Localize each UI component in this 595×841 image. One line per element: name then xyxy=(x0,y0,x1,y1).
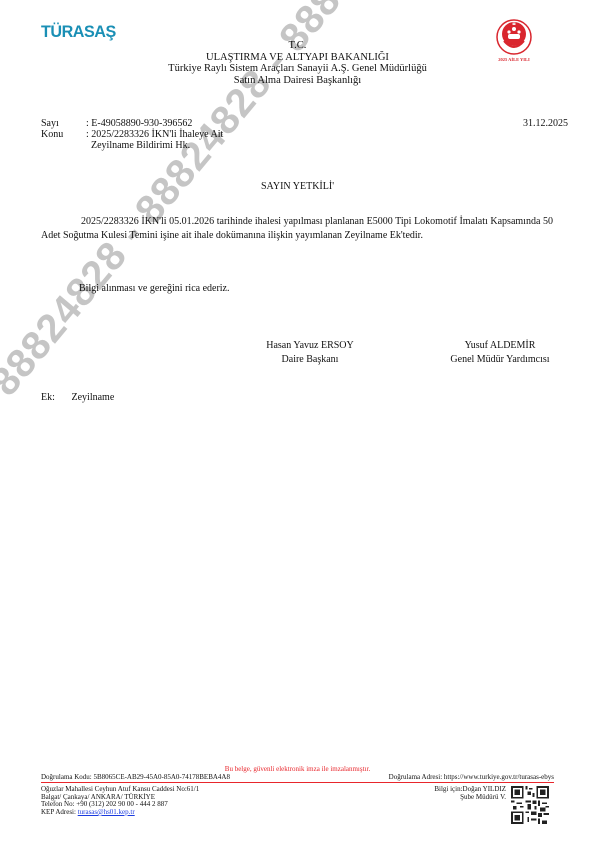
verification-bar: Doğrulama Kodu: 5B8065CE-AB29-45A0-85A0-… xyxy=(41,773,554,783)
kep-label: KEP Adresi: xyxy=(41,808,78,816)
signatory-name: Hasan Yavuz ERSOY xyxy=(250,339,370,353)
closing-sentence: Bilgi alınması ve gereğini rica ederiz. xyxy=(79,283,230,294)
turasas-logo: TÜRASAŞ xyxy=(41,22,116,42)
document-meta: Sayı : E-49058890-930-396562 Konu : 2025… xyxy=(41,118,223,151)
footer-address: Oğuzlar Mahallesi Ceyhun Atuf Kansu Cadd… xyxy=(41,786,199,816)
signatory-name: Yusuf ALDEMİR xyxy=(420,339,580,353)
family-year-emblem-icon xyxy=(496,19,532,55)
letter-body: 2025/2283326 İKN'li 05.01.2026 tarihinde… xyxy=(41,215,553,242)
konu-label: Konu xyxy=(41,129,86,140)
konu-value-line2: Zeyilname Bildirimi Hk. xyxy=(86,140,190,151)
contact-info: Bilgi için:Doğan YILDIZ Şube Müdürü V. xyxy=(400,786,506,801)
contact-title: Şube Müdürü V. xyxy=(400,794,506,802)
emblem-caption: 2025 AİLE YILI xyxy=(486,57,542,62)
sayi-label: Sayı xyxy=(41,118,86,129)
qr-code-icon xyxy=(511,786,549,824)
header-line-company: Türkiye Raylı Sistem Araçları Sanayii A.… xyxy=(0,63,595,75)
signatory-title: Genel Müdür Yardımcısı xyxy=(420,353,580,367)
verification-address[interactable]: Doğrulama Adresi: https://www.turkiye.go… xyxy=(389,773,554,781)
document-date: 31.12.2025 xyxy=(523,118,568,129)
attachment-line: Ek: Zeyilname xyxy=(41,392,114,403)
attachment-value: Zeyilname xyxy=(72,392,115,403)
sayi-value: : E-49058890-930-396562 xyxy=(86,118,192,129)
salutation: SAYIN YETKİLİ' xyxy=(0,181,595,192)
signature-block-2: Yusuf ALDEMİR Genel Müdür Yardımcısı xyxy=(420,339,580,366)
signatory-title: Daire Başkanı xyxy=(250,353,370,367)
verification-code: Doğrulama Kodu: 5B8065CE-AB29-45A0-85A0-… xyxy=(41,773,230,781)
konu-value: : 2025/2283326 İKN'li İhaleye Ait xyxy=(86,129,223,140)
kep-link[interactable]: turasas@hs01.kep.tr xyxy=(78,808,135,816)
header-line-department: Satın Alma Dairesi Başkanlığı xyxy=(0,75,595,87)
body-paragraph: 2025/2283326 İKN'li 05.01.2026 tarihinde… xyxy=(41,215,553,242)
attachment-label: Ek: xyxy=(41,392,69,403)
kep-line: KEP Adresi: turasas@hs01.kep.tr xyxy=(41,809,199,817)
signature-block-1: Hasan Yavuz ERSOY Daire Başkanı xyxy=(250,339,370,366)
esign-notice: Bu belge, güvenli elektronik imza ile im… xyxy=(0,765,595,773)
